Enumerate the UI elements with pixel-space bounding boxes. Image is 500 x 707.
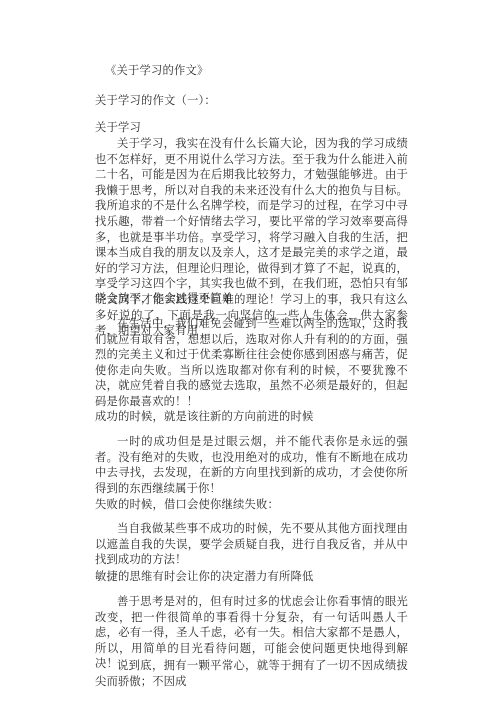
section-heading: 关于学习	[95, 119, 141, 135]
document-title: 《关于学习的作文》	[105, 62, 208, 78]
paragraph: 说到底，拥有一颗平常心，就等于拥有了一切不因成绩拔尖而骄傲；不因成	[95, 658, 408, 689]
paragraph: 在生活中，我们难免会碰到一些难以两全的选取，这时我们就应有取有舍，想想以后，选取…	[95, 316, 408, 410]
paragraph: 一时的成功但是是过眼云烟，并不能代表你是永远的强者。没有绝对的失败，也没用绝对的…	[95, 434, 408, 496]
paragraph-heading: 学会放下，你会过得更简单	[73, 290, 233, 306]
paragraph: 当自我做某些事不成功的时候，先不要从其他方面找理由以遮盖自我的失误，要学会质疑自…	[95, 521, 408, 568]
paragraph-heading: 敏捷的思维有时会让你的决定潜力有所降低	[73, 568, 313, 584]
paragraph: 关于学习，我实在没有什么长篇大论，因为我的学习成绩也不怎样好，更不用说什么学习方…	[95, 136, 408, 339]
document-subtitle: 关于学习的作文（一）：	[95, 92, 216, 108]
paragraph-heading: 失败的时候，借口会使你继续失败：	[73, 496, 279, 512]
paragraph-heading: 成功的时候，就是该往新的方向前进的时候	[73, 408, 313, 424]
